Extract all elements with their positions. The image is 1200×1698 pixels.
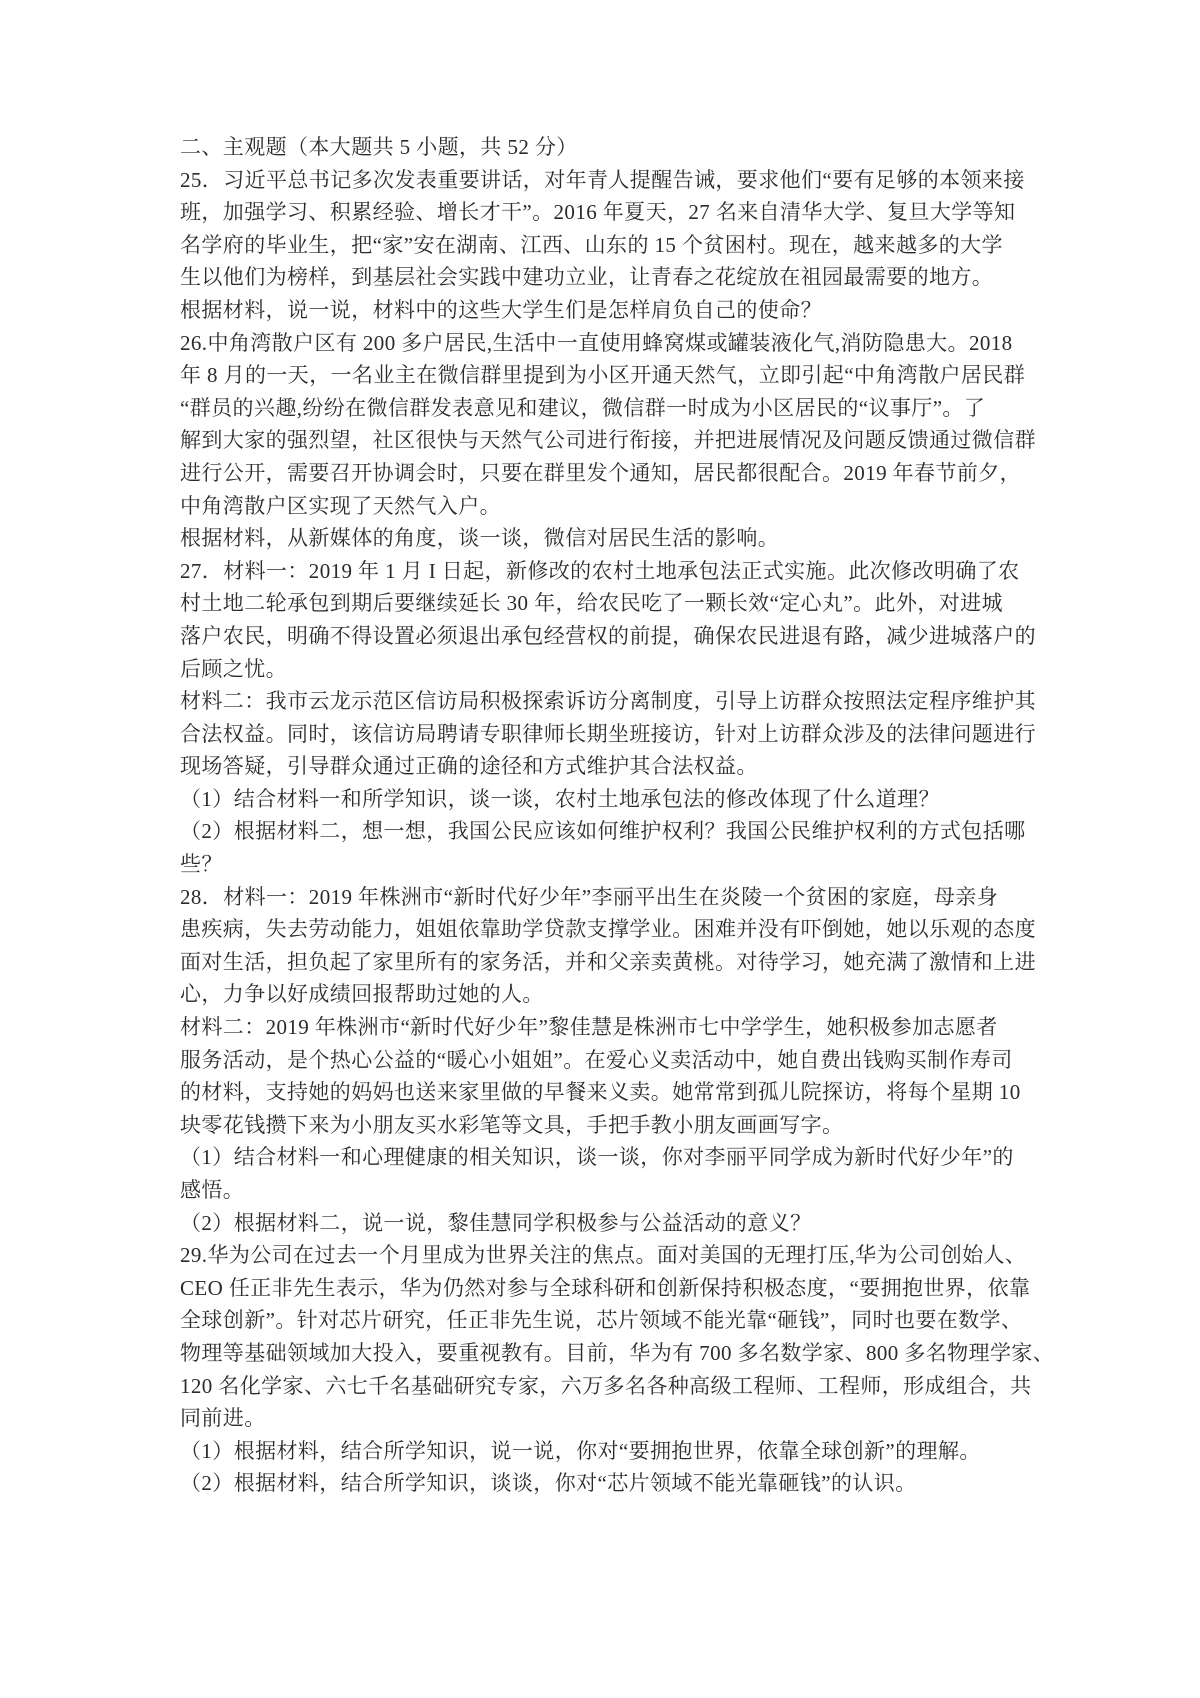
text-line: 名学府的毕业生，把“家”安在湖南、江西、山东的 15 个贫困村。现在，越来越多的… [180, 229, 1052, 262]
text-line: 生以他们为榜样，到基层社会实践中建功立业，让青春之花绽放在祖园最需要的地方。 [180, 261, 1052, 294]
text-line: 解到大家的强烈望，社区很快与天然气公司进行衔接，并把进展情况及问题反馈通过微信群 [180, 424, 1052, 457]
text-line: 根据材料，说一说，材料中的这些大学生们是怎样肩负自己的使命？ [180, 294, 1052, 327]
text-line: 心，力争以好成绩回报帮助过她的人。 [180, 978, 1052, 1011]
text-line: 患疾病，失去劳动能力，姐姐依靠助学贷款支撑学业。困难并没有吓倒她，她以乐观的态度 [180, 913, 1052, 946]
text-line: 面对生活，担负起了家里所有的家务活，并和父亲卖黄桃。对待学习，她充满了激情和上进 [180, 946, 1052, 979]
question-25: 25．习近平总书记多次发表重要讲话，对年青人提醒告诫，要求他们“要有足够的本领来… [180, 164, 1052, 327]
text-line: 的材料，支持她的妈妈也送来家里做的早餐来义卖。她常常到孤儿院探访，将每个星期 1… [180, 1076, 1052, 1109]
text-line: 现场答疑，引导群众通过正确的途径和方式维护其合法权益。 [180, 750, 1052, 783]
text-line: 后顾之忧。 [180, 653, 1052, 686]
text-line: （2）根据材料二，说一说，黎佳慧同学积极参与公益活动的意义？ [180, 1207, 1052, 1240]
section-header: 二、主观题（本大题共 5 小题，共 52 分） [180, 131, 1052, 164]
text-line: 根据材料，从新媒体的角度，谈一谈，微信对居民生活的影响。 [180, 522, 1052, 555]
text-line: “群员的兴趣,纷纷在微信群发表意见和建议，微信群一时成为小区居民的“议事厅”。了 [180, 392, 1052, 425]
text-line: CEO 任正非先生表示，华为仍然对参与全球科研和创新保持积极态度，“要拥抱世界，… [180, 1272, 1052, 1305]
text-line: （2）根据材料，结合所学知识，谈谈，你对“芯片领域不能光靠砸钱”的认识。 [180, 1467, 1052, 1500]
text-line: 29.华为公司在过去一个月里成为世界关注的焦点。面对美国的无理打压,华为公司创始… [180, 1239, 1052, 1272]
question-29: 29.华为公司在过去一个月里成为世界关注的焦点。面对美国的无理打压,华为公司创始… [180, 1239, 1052, 1500]
text-line: 材料二：2019 年株洲市“新时代好少年”黎佳慧是株洲市七中学学生，她积极参加志… [180, 1011, 1052, 1044]
text-line: 合法权益。同时，该信访局聘请专职律师长期坐班接访，针对上访群众涉及的法律问题进行 [180, 718, 1052, 751]
text-line: （1）结合材料一和心理健康的相关知识，谈一谈，你对李丽平同学成为新时代好少年”的 [180, 1141, 1052, 1174]
question-27: 27．材料一：2019 年 1 月 I 日起，新修改的农村土地承包法正式实施。此… [180, 555, 1052, 881]
question-26: 26.中角湾散户区有 200 多户居民,生活中一直使用蜂窝煤或罐装液化气,消防隐… [180, 327, 1052, 555]
text-line: 27．材料一：2019 年 1 月 I 日起，新修改的农村土地承包法正式实施。此… [180, 555, 1052, 588]
text-line: （2）根据材料二，想一想，我国公民应该如何维护权利？我国公民维护权利的方式包括哪 [180, 815, 1052, 848]
text-line: 同前进。 [180, 1402, 1052, 1435]
text-line: 全球创新”。针对芯片研究，任正非先生说，芯片领域不能光靠“砸钱”，同时也要在数学… [180, 1304, 1052, 1337]
text-line: 块零花钱攒下来为小朋友买水彩笔等文具，手把手教小朋友画画写字。 [180, 1109, 1052, 1142]
text-line: 120 名化学家、六七千名基础研究专家，六万多名各种高级工程师、工程师，形成组合… [180, 1370, 1052, 1403]
text-line: 些？ [180, 848, 1052, 881]
text-line: （1）根据材料，结合所学知识，说一说，你对“要拥抱世界，依靠全球创新”的理解。 [180, 1435, 1052, 1468]
text-line: 落户农民，明确不得设置必须退出承包经营权的前提，确保农民进退有路，减少进城落户的 [180, 620, 1052, 653]
text-line: 村土地二轮承包到期后要继续延长 30 年，给农民吃了一颗长效“定心丸”。此外，对… [180, 587, 1052, 620]
text-line: 物理等基础领域加大投入，要重视教有。目前，华为有 700 多名数学家、800 多… [180, 1337, 1052, 1370]
text-line: 感悟。 [180, 1174, 1052, 1207]
text-line: 班，加强学习、积累经验、增长才干”。2016 年夏天，27 名来自清华大学、复旦… [180, 196, 1052, 229]
text-line: 服务活动，是个热心公益的“暖心小姐姐”。在爱心义卖活动中，她自费出钱购买制作寿司 [180, 1044, 1052, 1077]
text-line: 进行公开，需要召开协调会时，只要在群里发个通知，居民都很配合。2019 年春节前… [180, 457, 1052, 490]
exam-page: 二、主观题（本大题共 5 小题，共 52 分） 25．习近平总书记多次发表重要讲… [180, 131, 1052, 1500]
text-line: 材料二：我市云龙示范区信访局积极探索诉访分离制度，引导上访群众按照法定程序维护其 [180, 685, 1052, 718]
text-line: 中角湾散户区实现了天然气入户。 [180, 490, 1052, 523]
text-line: 25．习近平总书记多次发表重要讲话，对年青人提醒告诫，要求他们“要有足够的本领来… [180, 164, 1052, 197]
question-28: 28．材料一：2019 年株洲市“新时代好少年”李丽平出生在炎陵一个贫困的家庭，… [180, 881, 1052, 1240]
text-line: 年 8 月的一天，一名业主在微信群里提到为小区开通天然气，立即引起“中角湾散户居… [180, 359, 1052, 392]
questions-container: 25．习近平总书记多次发表重要讲话，对年青人提醒告诫，要求他们“要有足够的本领来… [180, 164, 1052, 1500]
text-line: （1）结合材料一和所学知识，谈一谈，农村土地承包法的修改体现了什么道理？ [180, 783, 1052, 816]
text-line: 26.中角湾散户区有 200 多户居民,生活中一直使用蜂窝煤或罐装液化气,消防隐… [180, 327, 1052, 360]
text-line: 28．材料一：2019 年株洲市“新时代好少年”李丽平出生在炎陵一个贫困的家庭，… [180, 881, 1052, 914]
